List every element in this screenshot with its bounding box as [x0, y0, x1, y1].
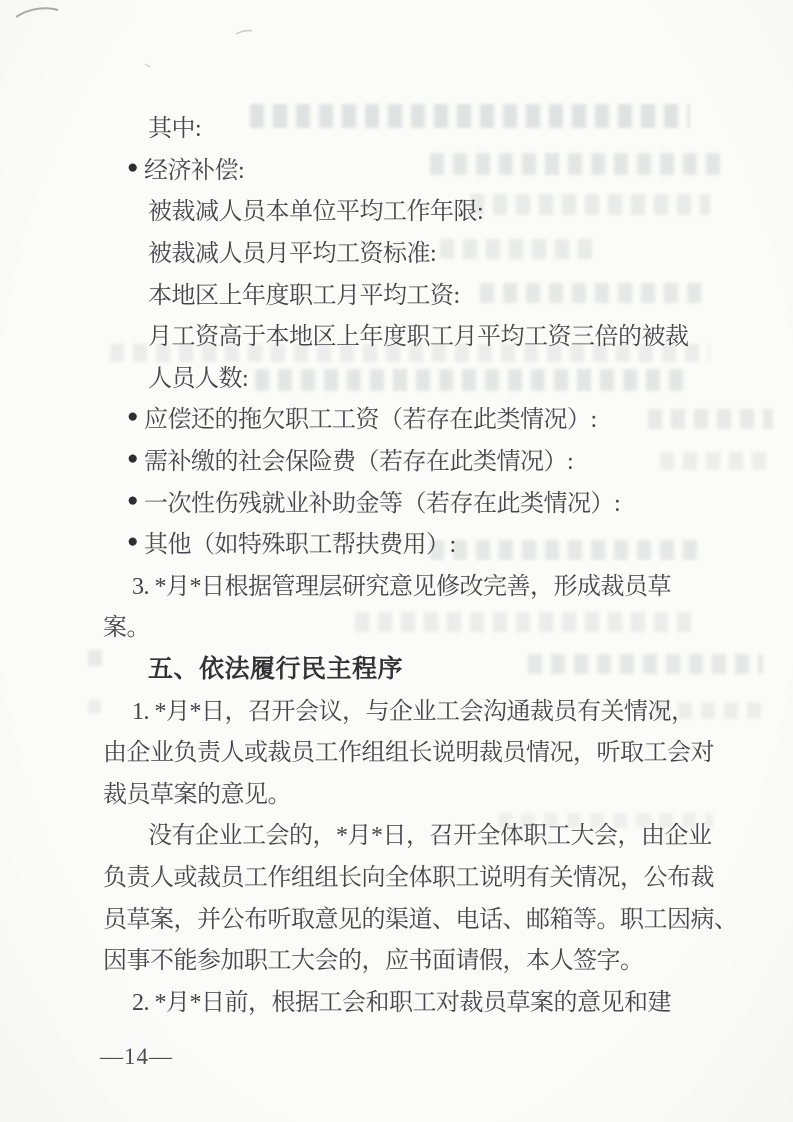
text-line: 案。	[103, 604, 689, 646]
line-text: 人员人数:	[148, 358, 248, 393]
line-text: 因事不能参加职工大会的，应书面请假，本人签字。	[103, 940, 644, 975]
text-line: 1. *月*日，召开会议，与企业工会沟通裁员有关情况，	[103, 687, 689, 729]
bullet-icon: ●	[127, 158, 138, 177]
text-line: ●一次性伤残就业补助金等（若存在此类情况）:	[103, 479, 689, 521]
line-text: 被裁减人员本单位平均工作年限:	[148, 191, 483, 226]
line-text: 其中:	[148, 108, 201, 143]
line-text: 负责人或裁员工作组组长向全体职工说明有关情况，公布裁	[103, 857, 714, 892]
line-text: 案。	[103, 607, 150, 642]
line-text: 3. *月*日根据管理层研究意见修改完善，形成裁员草	[132, 566, 671, 601]
text-line: 本地区上年度职工月平均工资:	[103, 271, 689, 313]
line-text: 应偿还的拖欠职工工资（若存在此类情况）:	[144, 399, 597, 434]
line-text: 没有企业工会的，*月*日，召开全体职工大会，由企业	[148, 815, 712, 850]
bullet-icon: ●	[127, 407, 138, 426]
line-text: 经济补偿:	[144, 150, 244, 185]
text-line: 2. *月*日前，根据工会和职工对裁员草案的意见和建	[103, 978, 689, 1020]
line-text: 员草案，并公布听取意见的渠道、电话、邮箱等。职工因病、	[103, 899, 738, 934]
text-line: ●经济补偿:	[103, 147, 689, 189]
text-line: 被裁减人员本单位平均工作年限:	[103, 188, 689, 230]
text-line: 被裁减人员月平均工资标准:	[103, 230, 689, 272]
line-text: 1. *月*日，召开会议，与企业工会沟通裁员有关情况，	[132, 691, 695, 726]
text-line: 由企业负责人或裁员工作组组长说明裁员情况，听取工会对	[103, 729, 689, 771]
text-line: ●需补缴的社会保险费（若存在此类情况）:	[103, 438, 689, 480]
bleedthrough-artifact	[88, 700, 101, 713]
text-line: 人员人数:	[103, 355, 689, 397]
line-text: 其他（如特殊职工帮扶费用）:	[144, 524, 456, 559]
bullet-icon: ●	[127, 491, 138, 510]
line-text: 需补缴的社会保险费（若存在此类情况）:	[144, 441, 573, 476]
line-text: 被裁减人员月平均工资标准:	[148, 233, 436, 268]
line-text: 一次性伤残就业补助金等（若存在此类情况）:	[144, 483, 620, 518]
line-text: 月工资高于本地区上年度职工月平均工资三倍的被裁	[148, 316, 689, 351]
bullet-icon: ●	[127, 449, 138, 468]
bleedthrough-artifact	[88, 650, 104, 666]
text-line: ●应偿还的拖欠职工工资（若存在此类情况）:	[103, 396, 689, 438]
text-line: 3. *月*日根据管理层研究意见修改完善，形成裁员草	[103, 563, 689, 605]
text-line: 员草案，并公布听取意见的渠道、电话、邮箱等。职工因病、	[103, 895, 689, 937]
line-text: 五、依法履行民主程序	[148, 649, 403, 685]
document-page: 其中:●经济补偿:被裁减人员本单位平均工作年限:被裁减人员月平均工资标准:本地区…	[0, 0, 793, 1122]
text-line: 负责人或裁员工作组组长向全体职工说明有关情况，公布裁	[103, 854, 689, 896]
line-text: 2. *月*日前，根据工会和职工对裁员草案的意见和建	[132, 982, 671, 1017]
text-line: 没有企业工会的，*月*日，召开全体职工大会，由企业	[103, 812, 689, 854]
text-line: ●其他（如特殊职工帮扶费用）:	[103, 521, 689, 563]
page-number: —14—	[100, 1044, 173, 1070]
document-body: 其中:●经济补偿:被裁减人员本单位平均工作年限:被裁减人员月平均工资标准:本地区…	[103, 105, 689, 1020]
text-line: 其中:	[103, 105, 689, 147]
line-text: 本地区上年度职工月平均工资:	[148, 275, 460, 310]
line-text: 由企业负责人或裁员工作组组长说明裁员情况，听取工会对	[103, 732, 714, 767]
bullet-icon: ●	[127, 532, 138, 551]
text-line: 因事不能参加职工大会的，应书面请假，本人签字。	[103, 937, 689, 979]
line-text: 裁员草案的意见。	[103, 774, 291, 809]
text-line: 月工资高于本地区上年度职工月平均工资三倍的被裁	[103, 313, 689, 355]
section-heading: 五、依法履行民主程序	[103, 646, 689, 688]
text-line: 裁员草案的意见。	[103, 771, 689, 813]
